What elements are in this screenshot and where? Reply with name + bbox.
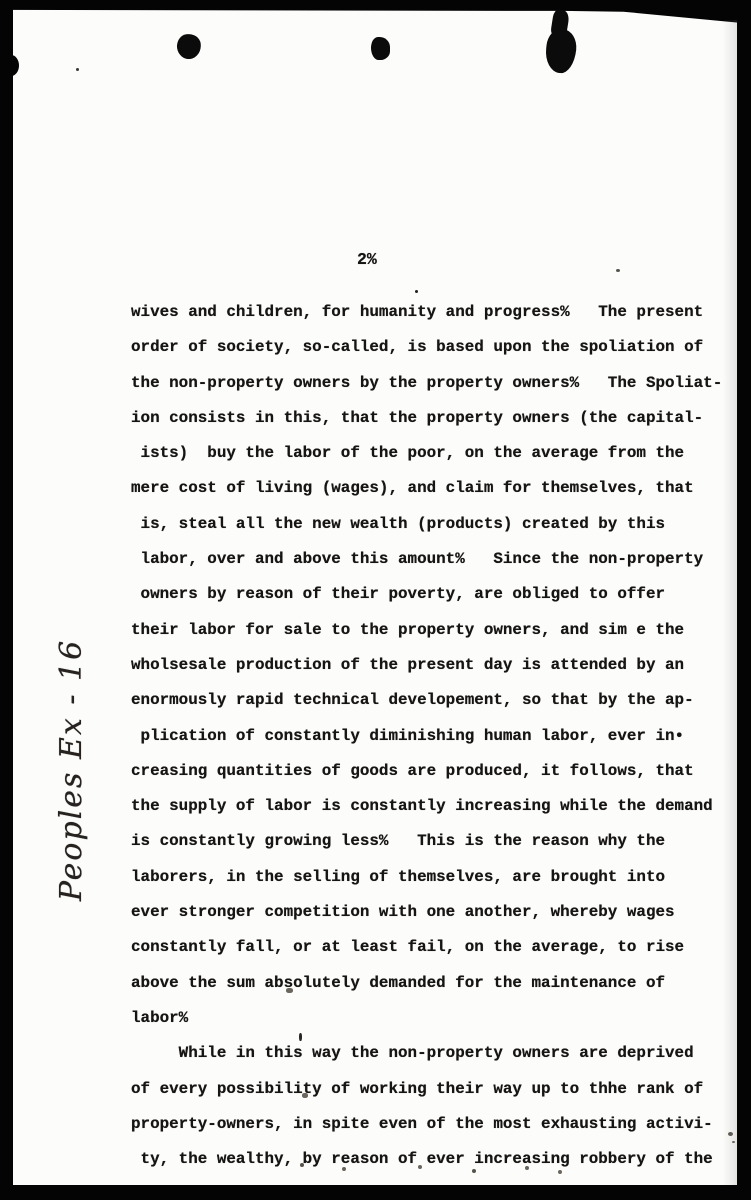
typewritten-line: labor%	[131, 1001, 731, 1036]
scan-edge-bump	[6, 55, 19, 76]
typewritten-line: wives and children, for humanity and pro…	[131, 295, 731, 330]
typewritten-text-block: wives and children, for humanity and pro…	[131, 295, 731, 1177]
typewritten-line: their labor for sale to the property own…	[131, 613, 731, 648]
typewritten-line: property-owners, in spite even of the mo…	[131, 1107, 731, 1142]
typewritten-line: is, steal all the new wealth (products) …	[131, 507, 731, 542]
scan-speck	[415, 290, 418, 293]
typewritten-line: laborers, in the selling of themselves, …	[131, 860, 731, 895]
fastener-hole-left	[175, 32, 202, 60]
scan-border-bottom	[0, 1185, 751, 1200]
typewritten-line: order of society, so-called, is based up…	[131, 330, 731, 365]
scan-smudge-row	[300, 1163, 304, 1167]
typewritten-line: creasing quantities of goods are produce…	[131, 754, 731, 789]
typewritten-line: ists) buy the labor of the poor, on the …	[131, 436, 731, 471]
scanned-document-page: 2% Peoples Ex - 16 wives and children, f…	[0, 0, 751, 1200]
typewritten-line: the supply of labor is constantly increa…	[131, 789, 731, 824]
scan-border-top	[0, 0, 751, 26]
typewritten-line: wholsesale production of the present day…	[131, 648, 731, 683]
typewritten-line: the non-property owners by the property …	[131, 366, 731, 401]
handwritten-exhibit-note: Peoples Ex - 16	[42, 615, 102, 925]
scan-smudge	[299, 1033, 302, 1041]
typewritten-line: ty, the wealthy, by reason of ever incre…	[131, 1142, 731, 1177]
scan-smudge	[728, 1132, 733, 1136]
typewritten-line: ion consists in this, that the property …	[131, 401, 731, 436]
scan-border-right	[737, 18, 751, 1200]
fastener-hole-center	[371, 37, 390, 60]
typewritten-line: While in this way the non-property owner…	[131, 1036, 731, 1071]
scan-smudge	[302, 1093, 308, 1098]
typewritten-line: labor, over and above this amount% Since…	[131, 542, 731, 577]
typewritten-line: is constantly growing less% This is the …	[131, 824, 731, 859]
page-number: 2%	[357, 250, 377, 269]
scan-speck	[616, 269, 620, 272]
typewritten-line: owners by reason of their poverty, are o…	[131, 577, 731, 612]
typewritten-line: enormously rapid technical developement,…	[131, 683, 731, 718]
typewritten-line: ever stronger competition with one anoth…	[131, 895, 731, 930]
scan-smudge	[286, 988, 293, 993]
scan-border-left	[0, 0, 13, 1200]
typewritten-line: constantly fall, or at least fail, on th…	[131, 930, 731, 965]
typewritten-line: above the sum absolutely demanded for th…	[131, 966, 731, 1001]
typewritten-line: mere cost of living (wages), and claim f…	[131, 471, 731, 506]
scan-speck	[76, 68, 79, 71]
typewritten-line: plication of constantly diminishing huma…	[131, 719, 731, 754]
typewritten-line: of every possibility of working their wa…	[131, 1072, 731, 1107]
